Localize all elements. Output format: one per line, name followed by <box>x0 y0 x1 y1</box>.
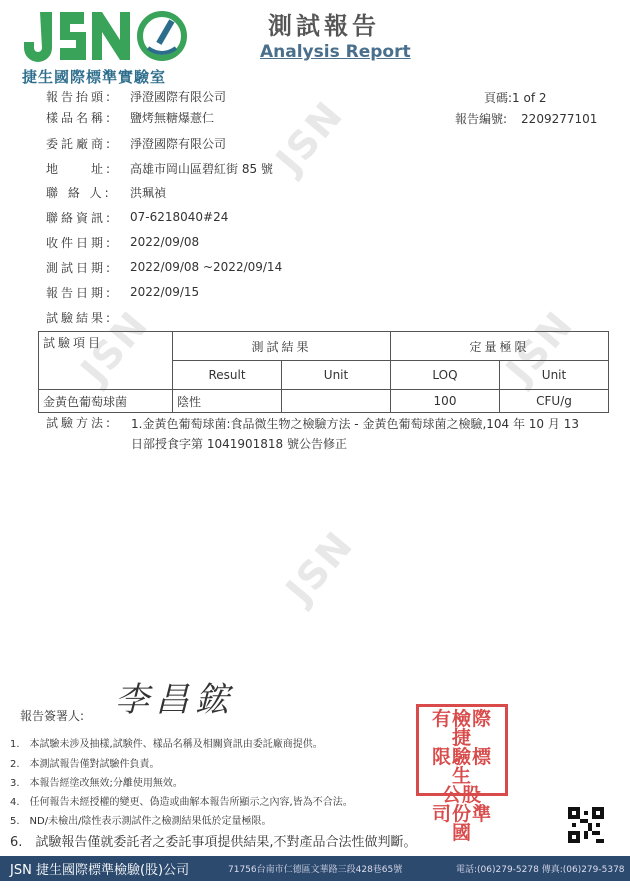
note-4: 4. 任何報告未經授權的變更、偽造或曲解本報告所顯示之內容,皆為不合法。 <box>10 793 353 808</box>
header-result: Result <box>173 361 282 390</box>
header-test-item: 試驗項目 <box>39 332 173 390</box>
cell-unit <box>282 390 391 413</box>
note-2: 2. 本測試報告僅對試驗件負責。 <box>10 755 160 770</box>
info-row-received-date: 收件日期:2022/09/08 <box>46 233 199 251</box>
note-5: 5. ND/未檢出/陰性表示測試件之檢測結果低於定量極限。 <box>10 812 271 827</box>
company-seal-stamp: 有檢際捷 限驗標生 公股 司份準國 <box>416 704 508 796</box>
table-row: 金黃色葡萄球菌 陰性 100 CFU/g <box>39 390 609 413</box>
lab-name: 捷生國際標準實驗室 <box>22 66 166 87</box>
footer-bar: JSN 捷生國際標準檢驗(股)公司 71756台南市仁德區文華路三段428巷65… <box>0 856 630 881</box>
header-quant-limit: 定量極限 <box>391 332 609 361</box>
cell-loq: 100 <box>391 390 500 413</box>
jsn-logo <box>22 8 202 68</box>
header-unit: Unit <box>282 361 391 390</box>
info-row-report-date: 報告日期:2022/09/15 <box>46 283 199 301</box>
footer-org: JSN 捷生國際標準檢驗(股)公司 <box>10 859 210 878</box>
page-number: 頁碼:1 of 2 <box>484 89 547 106</box>
info-row-client: 委託廠商:淨澄國際有限公司 <box>46 134 226 152</box>
report-title-cn: 測試報告 <box>268 6 380 41</box>
method-text: 1.金黃色葡萄球菌:食品微生物之檢驗方法 - 金黃色葡萄球菌之檢驗,104 年 … <box>131 414 601 454</box>
watermark: JSN <box>267 92 352 181</box>
info-row-contact-person: 聯 絡 人:洪珮禎 <box>46 183 166 201</box>
header-loq: LOQ <box>391 361 500 390</box>
qr-code-icon <box>568 807 604 843</box>
method-label: 試驗方法: <box>46 414 113 431</box>
cell-result: 陰性 <box>173 390 282 413</box>
note-6: 6. 試驗報告僅就委託者之委託事項提供結果,不對產品合法性做判斷。 <box>10 831 417 850</box>
header-test-result: 測試結果 <box>173 332 391 361</box>
signatory-label: 報告簽署人: <box>20 707 84 724</box>
info-row-address: 地 址:高雄市岡山區碧紅街 85 號 <box>46 159 273 177</box>
footer-address: 71756台南市仁德區文華路三段428巷65號 <box>228 862 448 875</box>
info-row-test-date: 測試日期:2022/09/08 ~2022/09/14 <box>46 258 282 276</box>
watermark: JSN <box>277 522 362 611</box>
footer-contact: 電話:(06)279-5278 傳真:(06)279-5378 <box>456 862 625 875</box>
report-number: 報告編號:2209277101 <box>455 110 597 127</box>
info-row-test-results: 試驗結果: <box>46 308 130 326</box>
note-3: 3. 本報告經塗改無效;分離使用無效。 <box>10 774 183 789</box>
info-row-report-header: 報告抬頭:淨澄國際有限公司 <box>46 87 226 105</box>
info-row-contact-info: 聯絡資訊:07-6218040#24 <box>46 208 228 226</box>
cell-loq-unit: CFU/g <box>500 390 609 413</box>
info-row-sample-name: 樣品名稱:鹽烤無糖爆薏仁 <box>46 108 214 126</box>
results-table: 試驗項目 測試結果 定量極限 Result Unit LOQ Unit 金黃色葡… <box>38 331 609 413</box>
report-title-en: Analysis Report <box>260 42 411 62</box>
signature: 李昌鋐 <box>115 672 235 721</box>
header-loq-unit: Unit <box>500 361 609 390</box>
cell-item: 金黃色葡萄球菌 <box>39 390 173 413</box>
note-1: 1. 本試驗未涉及抽樣,試験件、樣品名稱及相關資訊由委託廠商提供。 <box>10 735 323 750</box>
